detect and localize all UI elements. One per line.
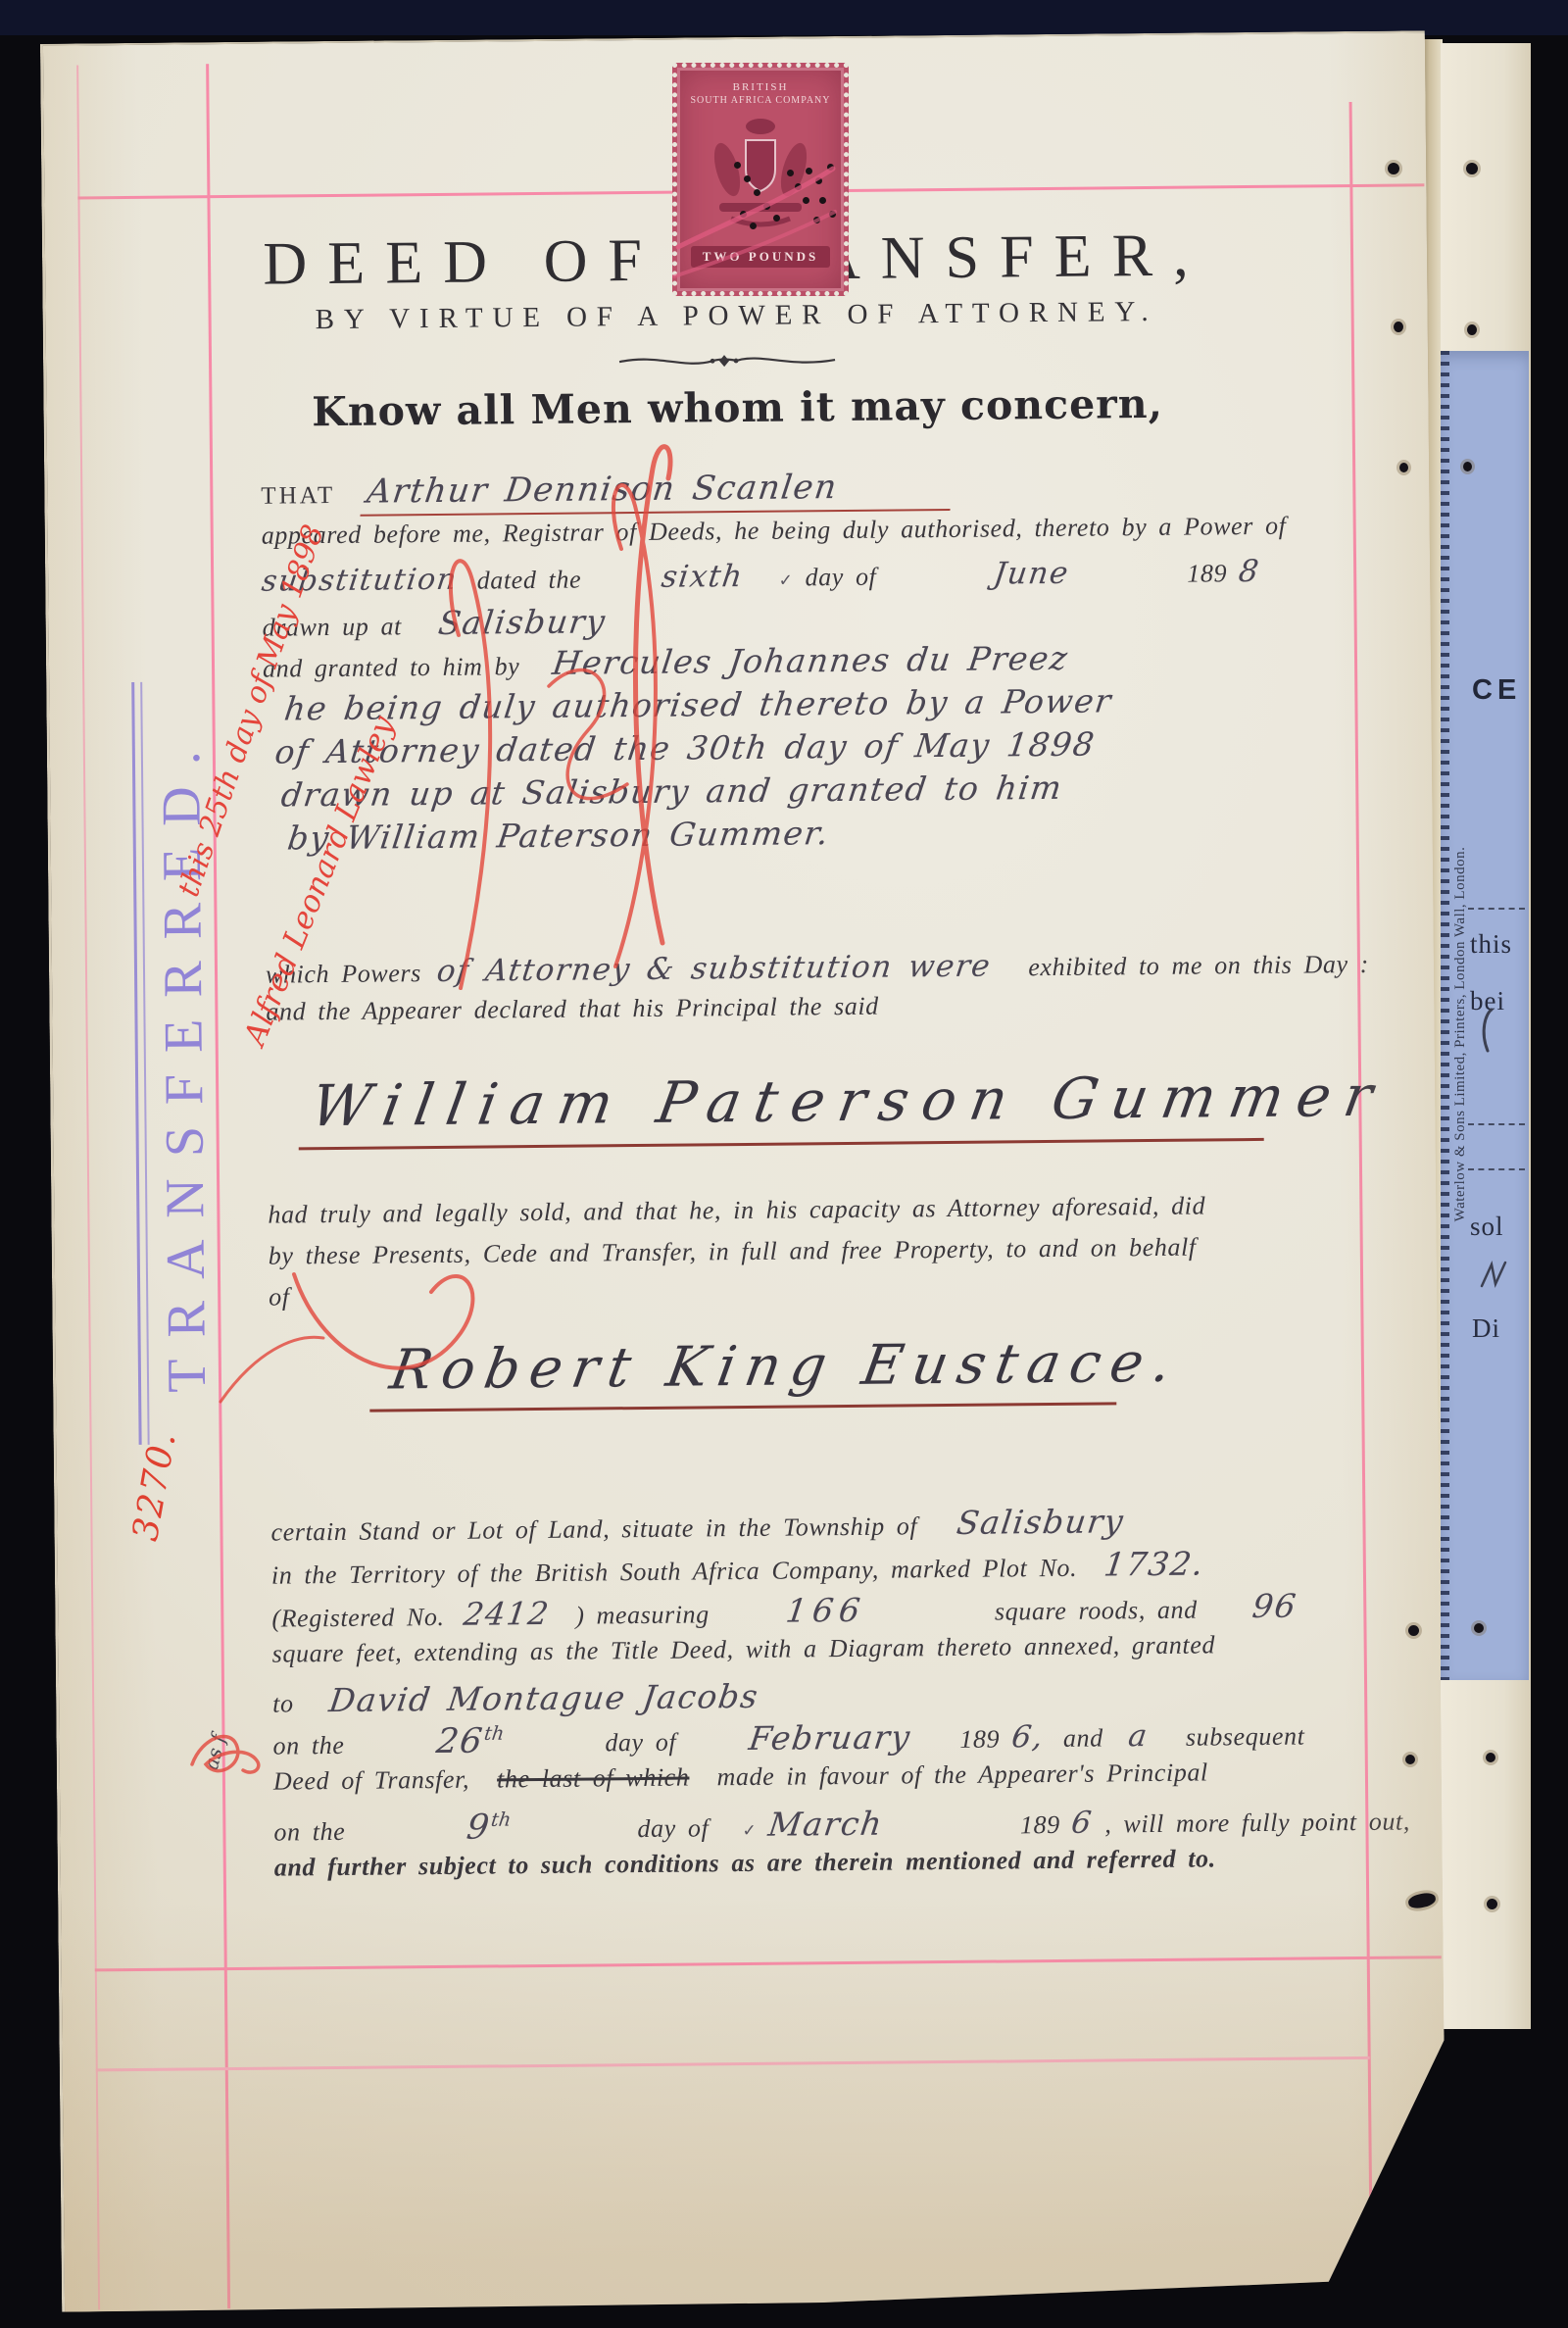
principal-name-handwritten: William Paterson Gummer [307, 1063, 1392, 1140]
punch-hole [1463, 462, 1472, 471]
line-hw-poa2: of Attorney dated the 30th day of May 18… [275, 721, 1432, 770]
hw-day-word: sixth [660, 559, 746, 595]
blue-page-label-sold: sol [1470, 1212, 1504, 1242]
printed-text: and the Appearer declared that his Princ… [266, 992, 879, 1027]
transferred-stamp-rule1 [131, 682, 141, 1445]
hw-text: drawn up at Salisbury and granted to him [279, 768, 1065, 815]
printed-granted-by: and granted to him by [263, 652, 520, 684]
hw-place: Salisbury [436, 602, 609, 642]
line-sold3: of [269, 1271, 1425, 1312]
printed-text: by these Presents, Cede and Transfer, in… [269, 1233, 1197, 1271]
stamp-issuer-line2: SOUTH AFRICA COMPANY [677, 95, 844, 106]
line-stand3: square feet, extending as the Title Deed… [272, 1628, 1429, 1668]
printed-in-favour: made in favour of the Appearer's Princip… [716, 1758, 1208, 1792]
punch-hole [1474, 1623, 1484, 1633]
ordinal: th [483, 1722, 506, 1745]
punch-hole [1486, 1753, 1495, 1762]
caret-mark: ✓ [742, 1821, 757, 1841]
hw-transfer-month: March [766, 1805, 886, 1844]
printed-point-out: , will more fully point out, [1104, 1808, 1410, 1840]
hw-township: Salisbury [955, 1502, 1127, 1542]
printed-text: of [269, 1282, 290, 1312]
line-that: THAT Arthur Dennison Scanlen [261, 462, 1417, 517]
line-appeared: appeared before me, Registrar of Deeds, … [262, 510, 1418, 550]
printed-and: and [1063, 1724, 1103, 1754]
printed-day-of: day of [637, 1813, 709, 1844]
line-stand2: in the Territory of the British South Af… [271, 1542, 1428, 1591]
line-stand1: certain Stand or Lot of Land, situate in… [270, 1499, 1427, 1548]
serrated-edge [1441, 351, 1449, 1680]
dotted-rule [1468, 908, 1525, 910]
hw-text: he being duly authorised thereto by a Po… [282, 681, 1114, 727]
printed-dated-the: dated the [477, 566, 582, 596]
printed-exhibited: exhibited to me on this Day : [1028, 950, 1369, 982]
salutation-line: Know all Men whom it may concern, [46, 377, 1428, 438]
stamp-denomination: TWO POUNDS [691, 246, 830, 268]
revenue-stamp: BRITISH SOUTH AFRICA COMPANY TWO POUNDS [672, 63, 849, 296]
line-hw-poa1: he being duly authorised thereto by a Po… [284, 678, 1441, 727]
line-deed-transfer: Deed of Transfer, the last of which made… [273, 1756, 1430, 1796]
margin-rule-horizontal-bottom [95, 1956, 1442, 1971]
punch-hole [1466, 163, 1478, 174]
printed-on-the: on the [272, 1731, 344, 1761]
printed-year-prefix: 189 [959, 1725, 1000, 1755]
deed-page: DEED OF TRANSFER, BY VIRTUE OF A POWER O… [40, 30, 1446, 2311]
punch-hole [1399, 463, 1408, 472]
printed-measuring: ) measuring [575, 1600, 710, 1630]
punch-hole [1487, 1899, 1497, 1909]
printed-square-roods: square roods, and [995, 1596, 1198, 1627]
printed-text: in the Territory of the British South Af… [271, 1554, 1077, 1591]
blue-page-label-this: this [1470, 929, 1512, 960]
stamp-issuer-line1: BRITISH [677, 81, 844, 93]
punch-hole [1405, 1755, 1415, 1764]
hw-powers-insert: of Attorney & substitution were [435, 949, 994, 989]
hw-transfer-day: 9th [465, 1808, 513, 1847]
punch-hole [1394, 322, 1403, 332]
hw-grant-year-digit: 6, [1009, 1719, 1046, 1755]
hw-plot-number: 1732. [1102, 1544, 1207, 1583]
line-registered: (Registered No. 2412 ) measuring 166 squ… [271, 1585, 1428, 1634]
perfin-holes [677, 68, 684, 74]
printed-on-the: on the [273, 1817, 345, 1848]
hw-year-digit: 8 [1237, 554, 1262, 589]
coat-of-arms-graphic [702, 113, 819, 240]
line-substitution-date: substitution dated the sixth ✓ day of Ju… [262, 552, 1418, 598]
hw-a: a [1126, 1718, 1151, 1754]
dotted-rule [1468, 1123, 1525, 1125]
hw-roods: 166 [783, 1591, 867, 1630]
printed-deed-of-transfer: Deed of Transfer, [273, 1765, 469, 1797]
line-appearer-declared: and the Appearer declared that his Princ… [266, 986, 1422, 1026]
transferred-stamp-rule2 [140, 682, 149, 1445]
day-number: 26 [434, 1722, 486, 1762]
deed-subtitle: BY VIRTUE OF A POWER OF ATTORNEY. [45, 293, 1427, 339]
caret-mark: ✓ [779, 570, 794, 590]
line-grant-date: on the 26th day of February 189 6, and a… [272, 1712, 1429, 1762]
printed-subsequent: subsequent [1186, 1722, 1305, 1753]
punch-hole [1408, 1625, 1419, 1636]
line-conditions: and further subject to such conditions a… [274, 1842, 1431, 1882]
printed-year-prefix: 189 [1020, 1810, 1060, 1840]
printed-text: had truly and legally sold, and that he,… [268, 1191, 1205, 1229]
that-label: THAT [261, 482, 335, 511]
blue-page-label-being: bei [1470, 986, 1505, 1016]
printer-imprint: Waterlow & Sons Limited, Printers, Londo… [1452, 760, 1472, 1309]
line-transfer-date: on the 9th day of ✓ March 189 6 , will m… [273, 1799, 1430, 1849]
printed-day-of: day of [805, 563, 876, 593]
transferee-name-handwritten: Robert King Eustace. [386, 1331, 1186, 1403]
line-hw-poa4: by William Paterson Gummer. [288, 808, 1445, 857]
hw-text: by William Paterson Gummer. [285, 814, 832, 857]
scanned-deed-photo: CE this bei sol Di Waterlow & Sons Limit… [0, 0, 1568, 2328]
photo-background-top [0, 0, 1568, 35]
punch-hole [1467, 324, 1477, 335]
printed-year-prefix: 189 [1187, 559, 1227, 588]
hw-month: June [992, 556, 1071, 592]
struck-text: the last of which [497, 1763, 690, 1795]
punch-hole [1388, 163, 1399, 174]
printed-to: to [272, 1689, 294, 1718]
hw-grantor-name: Hercules Johannes du Preez [551, 639, 1071, 682]
printed-text: and further subject to such conditions a… [274, 1844, 1216, 1882]
ordinal: th [490, 1808, 513, 1831]
hw-transfer-year-digit: 6 [1070, 1806, 1096, 1841]
principal-name-underline [299, 1138, 1264, 1150]
printed-text: certain Stand or Lot of Land, situate in… [270, 1511, 917, 1547]
line-hw-poa3: drawn up at Salisbury and granted to him [281, 765, 1438, 814]
line-grantee: to David Montague Jacobs [272, 1670, 1429, 1719]
printed-registered-no: (Registered No. [271, 1603, 445, 1634]
printed-text: appeared before me, Registrar of Deeds, … [262, 512, 1287, 551]
blue-page-label-divided: Di [1472, 1313, 1500, 1344]
ornament-divider [614, 350, 840, 376]
line-granted-by: and granted to him by Hercules Johannes … [263, 635, 1419, 684]
hw-square-feet: 96 [1249, 1587, 1298, 1625]
transferee-name-underline [369, 1402, 1116, 1412]
margin-rule-horizontal-bottom2 [96, 2056, 1370, 2071]
day-number: 9 [465, 1808, 493, 1847]
dotted-rule [1468, 1168, 1525, 1170]
hw-grant-month: February [747, 1717, 913, 1758]
line-which-powers: which Powers of Attorney & substitution … [266, 944, 1422, 990]
ornament-squiggle [614, 350, 840, 371]
printed-day-of: day of [605, 1728, 676, 1758]
blue-page-heading-fragment: CE [1472, 674, 1521, 707]
hw-original-grantee: David Montague Jacobs [326, 1677, 760, 1719]
stamp-coat-of-arms [702, 113, 819, 245]
line-sold1: had truly and legally sold, and that he,… [268, 1189, 1424, 1229]
printed-text: square feet, extending as the Title Deed… [272, 1630, 1216, 1668]
hw-grant-day: 26th [434, 1721, 506, 1761]
line-sold2: by these Presents, Cede and Transfer, in… [269, 1230, 1425, 1270]
hw-registered-no: 2412 [462, 1595, 552, 1633]
appearer-name-handwritten: Arthur Dennison Scanlen [360, 467, 955, 517]
